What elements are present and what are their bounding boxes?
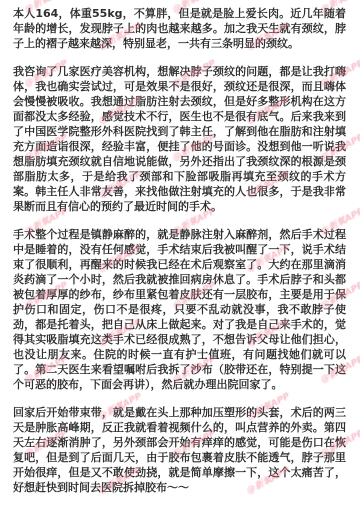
- post-text: 本人164，体重55kg，不算胖，但是就是脸上爱长肉。近几年随着年龄的增长，发现…: [0, 0, 360, 495]
- paragraph-surgery: 手术整个过程是镇静麻醉的，就是静脉注射入麻醉剂，然后手术过程中是睡着的，没有任何…: [13, 227, 346, 392]
- diary-post-page: @新氧APP@新氧APP@新氧APP@新氧APP@新氧APP@新氧APP@新氧A…: [0, 0, 360, 509]
- paragraph-recovery: 回家后开始带束带，就是戴在头上那种加压塑形的头套，术后的两三天是肿胀高峰期，反正…: [13, 405, 346, 495]
- paragraph-consultation: 我咨询了几家医疗美容机构，想解决脖子颈纹的问题，都是让我打嗨体，我也确实尝试过，…: [13, 64, 346, 214]
- paragraph-intro: 本人164，体重55kg，不算胖，但是就是脸上爱长肉。近几年随着年龄的增长，发现…: [13, 6, 346, 51]
